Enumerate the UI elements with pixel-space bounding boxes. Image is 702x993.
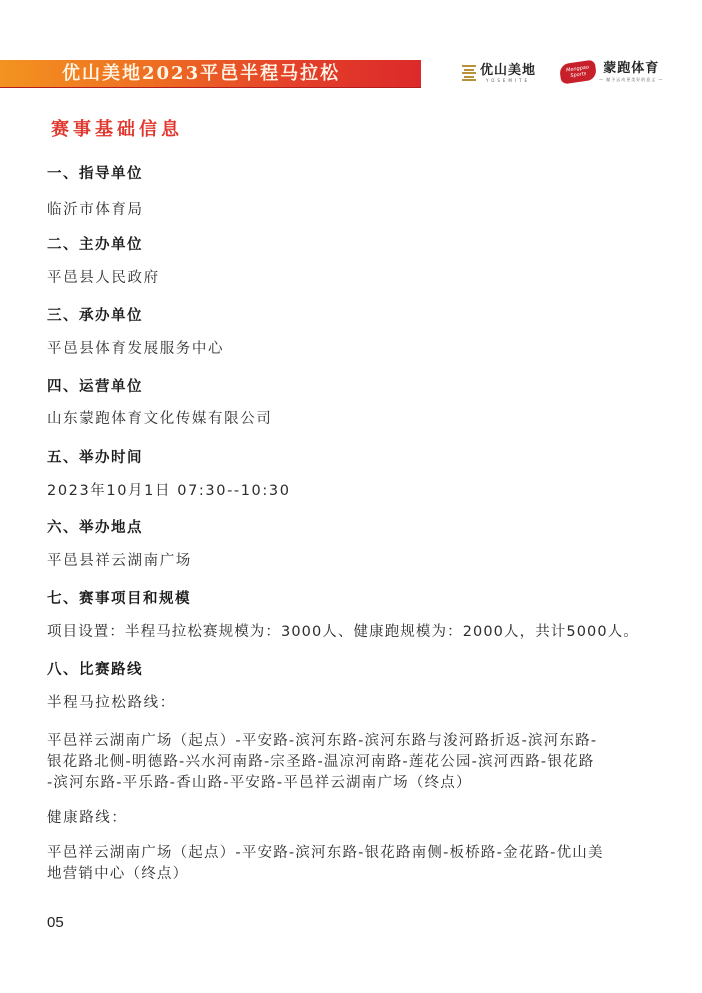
youshan-logo: 优山美地 YOSEMITE — [462, 60, 536, 86]
health-run-route-text: 平邑祥云湖南广场（起点）-平安路-滨河东路-银花路南侧-板桥路-金花路-优山美 … — [47, 843, 662, 885]
route-line: 平邑祥云湖南广场（起点）-平安路-滨河东路-银花路南侧-板桥路-金花路-优山美 — [47, 843, 662, 864]
event-location-value: 平邑县祥云湖南广场 — [47, 551, 192, 571]
mengpao-logo: Mengpao Sports 蒙跑体育 — 赋予运动更美好的意义 — — [560, 58, 664, 86]
route-line: 银花路北侧-明德路-兴水河南路-宗圣路-温凉河南路-莲花公园-滨河西路-银花路 — [47, 752, 662, 773]
operator-unit-value: 山东蒙跑体育文化传媒有限公司 — [47, 409, 272, 429]
page-number: 05 — [47, 914, 64, 931]
mengpao-logo-subtext: — 赋予运动更美好的意义 — — [599, 77, 664, 83]
heading-race-route: 八、比赛路线 — [47, 658, 143, 679]
guiding-unit-value: 临沂市体育局 — [47, 200, 144, 220]
heading-event-location: 六、举办地点 — [47, 516, 143, 537]
section-title: 赛事基础信息 — [51, 115, 183, 141]
health-run-route-label: 健康路线： — [47, 808, 128, 828]
event-scale-value: 项目设置：半程马拉松赛规模为：3000人、健康跑规模为：2000人，共计5000… — [47, 622, 639, 642]
half-marathon-route-text: 平邑祥云湖南广场（起点）-平安路-滨河东路-滨河东路与浚河路折返-滨河东路- 银… — [47, 731, 662, 794]
mengpao-badge-icon: Mengpao Sports — [559, 60, 597, 85]
mengpao-logo-text: 蒙跑体育 — [603, 61, 659, 77]
mengpao-badge-line2: Sports — [570, 71, 587, 79]
route-line: 平邑祥云湖南广场（起点）-平安路-滨河东路-滨河东路与浚河路折返-滨河东路- — [47, 731, 662, 752]
half-marathon-route-label: 半程马拉松路线： — [47, 693, 176, 713]
heading-guiding-unit: 一、指导单位 — [47, 162, 143, 183]
youshan-logo-text: 优山美地 — [480, 63, 536, 78]
heading-event-time: 五、举办时间 — [47, 446, 143, 467]
organizer-unit-value: 平邑县体育发展服务中心 — [47, 339, 224, 359]
heading-event-scale: 七、赛事项目和规模 — [47, 587, 191, 608]
route-line: -滨河东路-平乐路-香山路-平安路-平邑祥云湖南广场（终点） — [47, 773, 662, 794]
route-line: 地营销中心（终点） — [47, 864, 662, 885]
banner-title: 优山美地2023平邑半程马拉松 — [62, 62, 340, 86]
document-page: 优山美地2023平邑半程马拉松 优山美地 YOSEMITE Mengpao Sp… — [0, 0, 702, 993]
youshan-mark-icon — [462, 65, 476, 81]
host-unit-value: 平邑县人民政府 — [47, 268, 160, 288]
heading-host-unit: 二、主办单位 — [47, 233, 143, 254]
header-banner: 优山美地2023平邑半程马拉松 — [0, 60, 421, 88]
heading-organizer-unit: 三、承办单位 — [47, 304, 143, 325]
event-time-value: 2023年10月1日 07:30--10:30 — [47, 481, 291, 501]
heading-operator-unit: 四、运营单位 — [47, 375, 143, 396]
youshan-logo-subtext: YOSEMITE — [486, 78, 530, 84]
